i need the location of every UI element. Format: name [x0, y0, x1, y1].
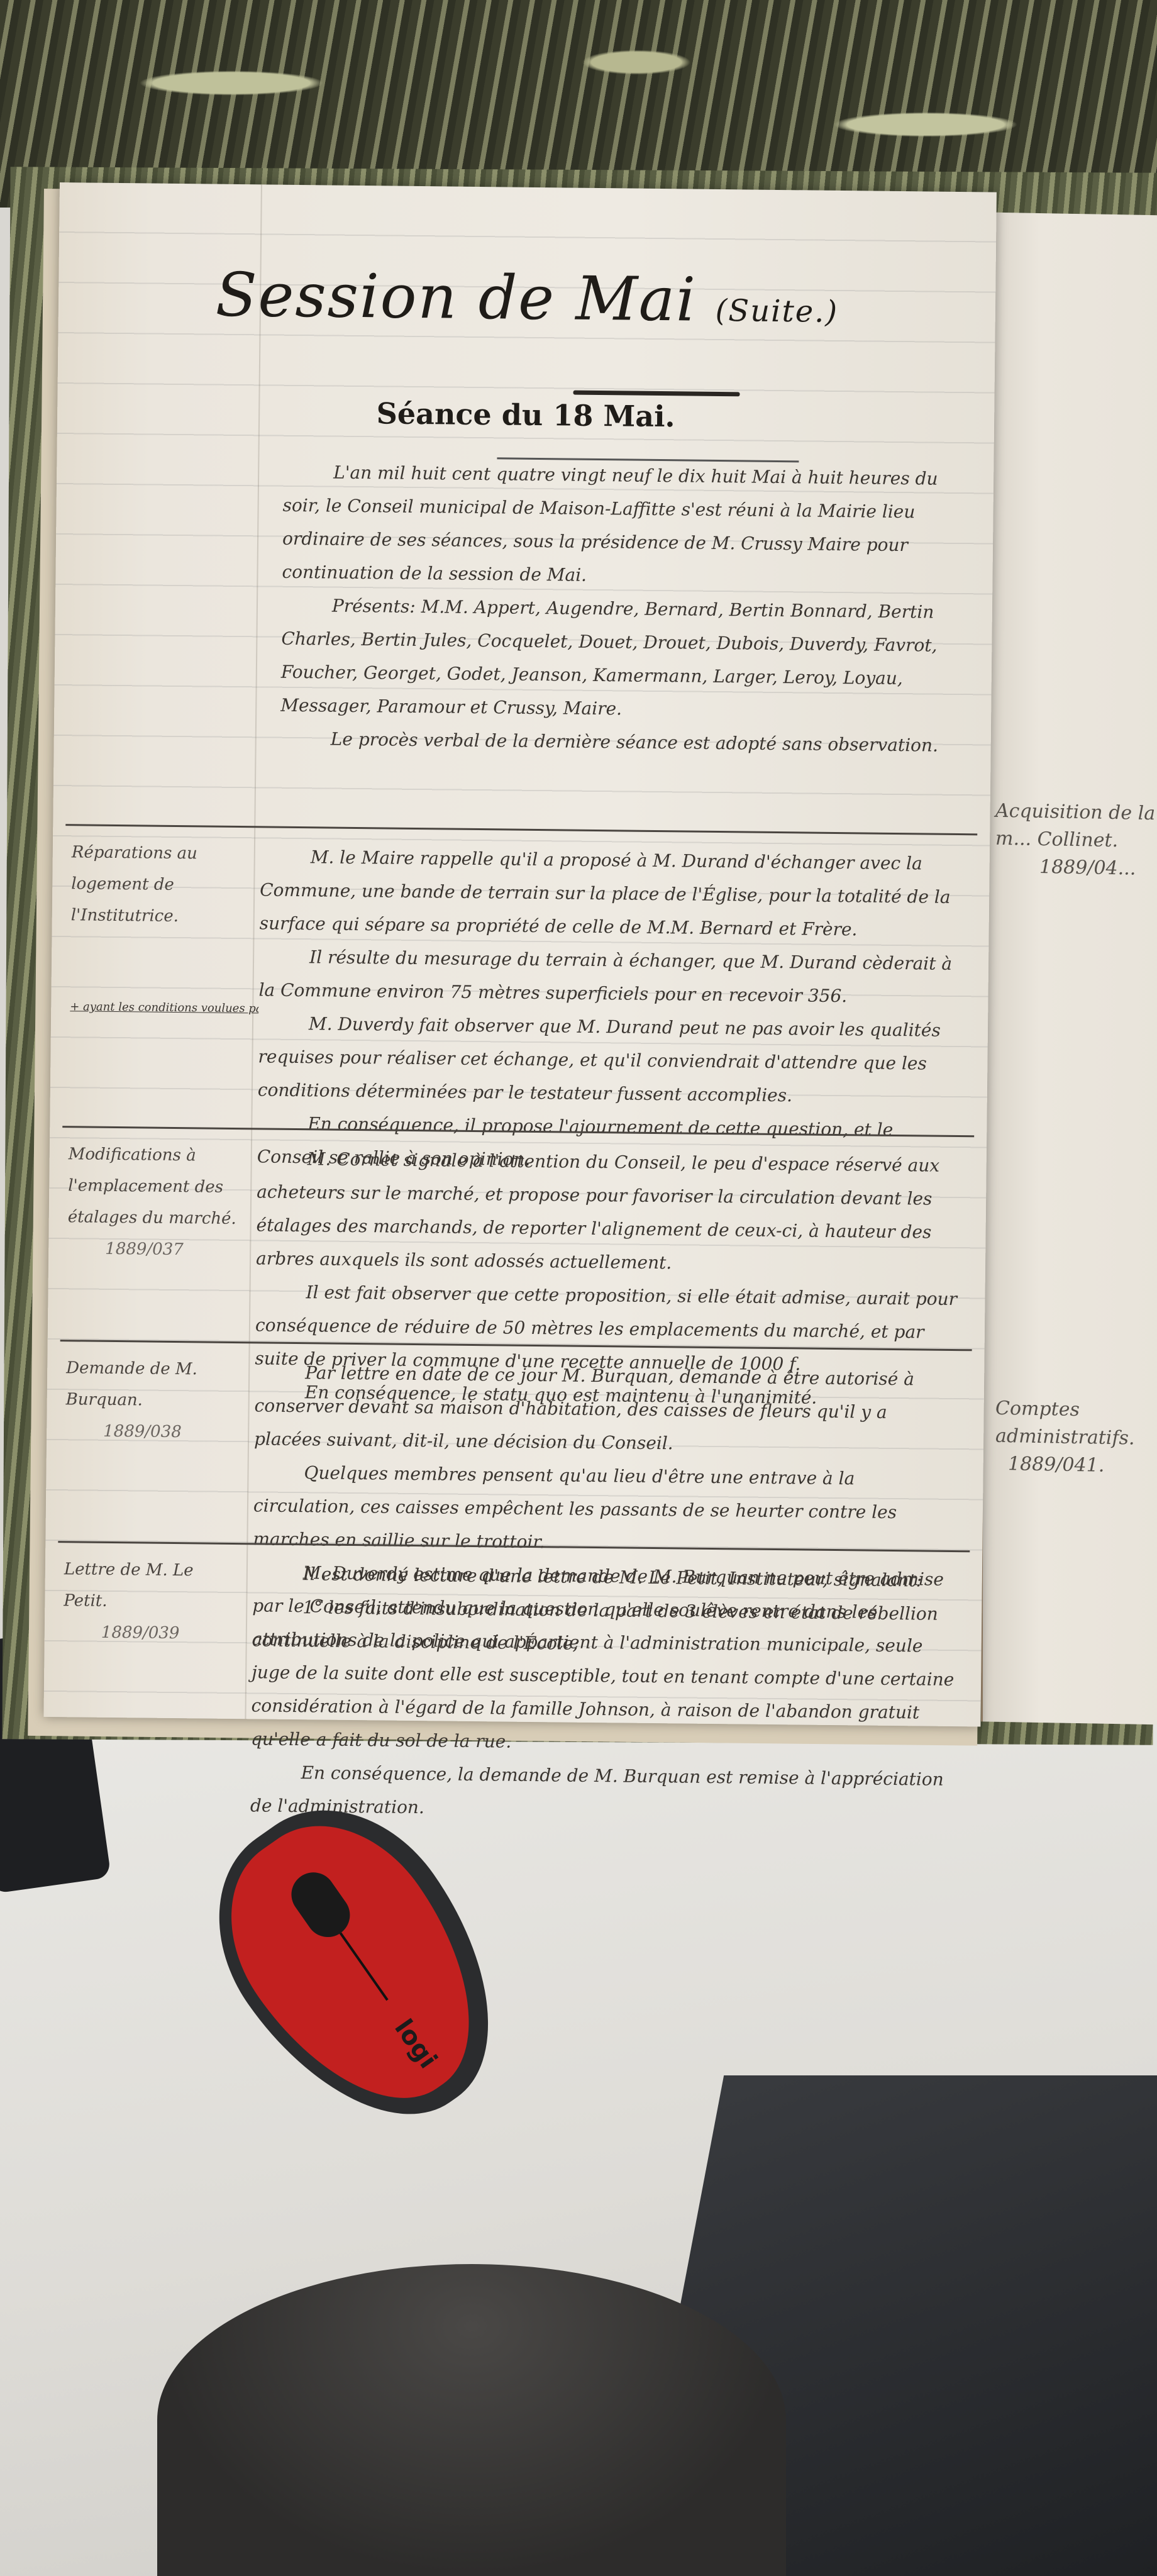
title-text: Session de Mai: [215, 260, 697, 335]
facing-note-ref: 1889/04...: [995, 853, 1157, 884]
intro-opening: L'an mil huit cent quatre vingt neuf le …: [282, 455, 975, 596]
section-divider: [65, 824, 977, 835]
facing-note-1: Acquisition de la m... Collinet. 1889/04…: [995, 797, 1157, 884]
paragraph: Par lettre en date de ce jour M. Burquan…: [254, 1355, 960, 1463]
minutes-approval: Le procès verbal de la dernière séance e…: [280, 722, 972, 763]
facing-note-title: Acquisition de la m... Collinet.: [995, 797, 1157, 856]
paragraph: M. Duverdy fait observer que M. Durand p…: [258, 1006, 963, 1114]
facing-note-title: Comptes administratifs.: [995, 1395, 1157, 1453]
margin-heading: Lettre de M. Le Petit. 1889/039: [64, 1553, 241, 1650]
margin-title: Demande de M. Burquan.: [66, 1358, 197, 1409]
page-title: Session de Mai(Suite.): [58, 258, 996, 338]
facing-page: Acquisition de la m... Collinet. 1889/04…: [981, 212, 1157, 1724]
margin-title: Lettre de M. Le Petit.: [64, 1560, 194, 1611]
margin-title: Réparations au logement de l'Institutric…: [71, 843, 197, 926]
reference-number: 1889/038: [65, 1415, 242, 1448]
session-date: Séance du 18 Mai.: [57, 393, 994, 437]
margin-heading: Demande de M. Burquan. 1889/038: [65, 1352, 243, 1448]
minute-section: Réparations au logement de l'Institutric…: [62, 824, 977, 1129]
facing-note-2: Comptes administratifs. 1889/041.: [995, 1395, 1157, 1481]
margin-heading: Modifications à l'emplacement des étalag…: [67, 1138, 245, 1266]
section-body: Il est donné lecture d'une lettre de M. …: [252, 1557, 957, 1664]
title-underline: [573, 391, 740, 397]
facing-note-ref: 1889/041.: [995, 1450, 1157, 1481]
margin-title: Modifications à l'emplacement des étalag…: [68, 1145, 236, 1228]
margin-heading: Réparations au logement de l'Institutric…: [71, 836, 248, 933]
paragraph: 1° les faits d'insubordination de la par…: [252, 1590, 956, 1664]
register-page: Session de Mai(Suite.) Séance du 18 Mai.…: [43, 182, 996, 1726]
marginal-insertion-note: + ayant les conditions voulues par la lo…: [70, 1000, 258, 1015]
minute-section: Modifications à l'emplacement des étalag…: [60, 1126, 974, 1343]
person-legs: [157, 2264, 786, 2576]
title-suffix: (Suite.): [715, 293, 838, 330]
attendees: Présents: M.M. Appert, Augendre, Bernard…: [280, 589, 973, 730]
intro-block: L'an mil huit cent quatre vingt neuf le …: [280, 455, 975, 762]
paragraph: M. Cornet signale à l'attention du Conse…: [256, 1141, 961, 1282]
reference-number: 1889/039: [64, 1616, 240, 1650]
reference-number: 1889/037: [67, 1233, 244, 1266]
minute-section: Lettre de M. Le Petit. 1889/039 Il est d…: [57, 1541, 970, 1676]
paragraph: M. le Maire rappelle qu'il a proposé à M…: [259, 840, 965, 947]
paragraph: Il résulte du mesurage du terrain à écha…: [258, 940, 963, 1014]
